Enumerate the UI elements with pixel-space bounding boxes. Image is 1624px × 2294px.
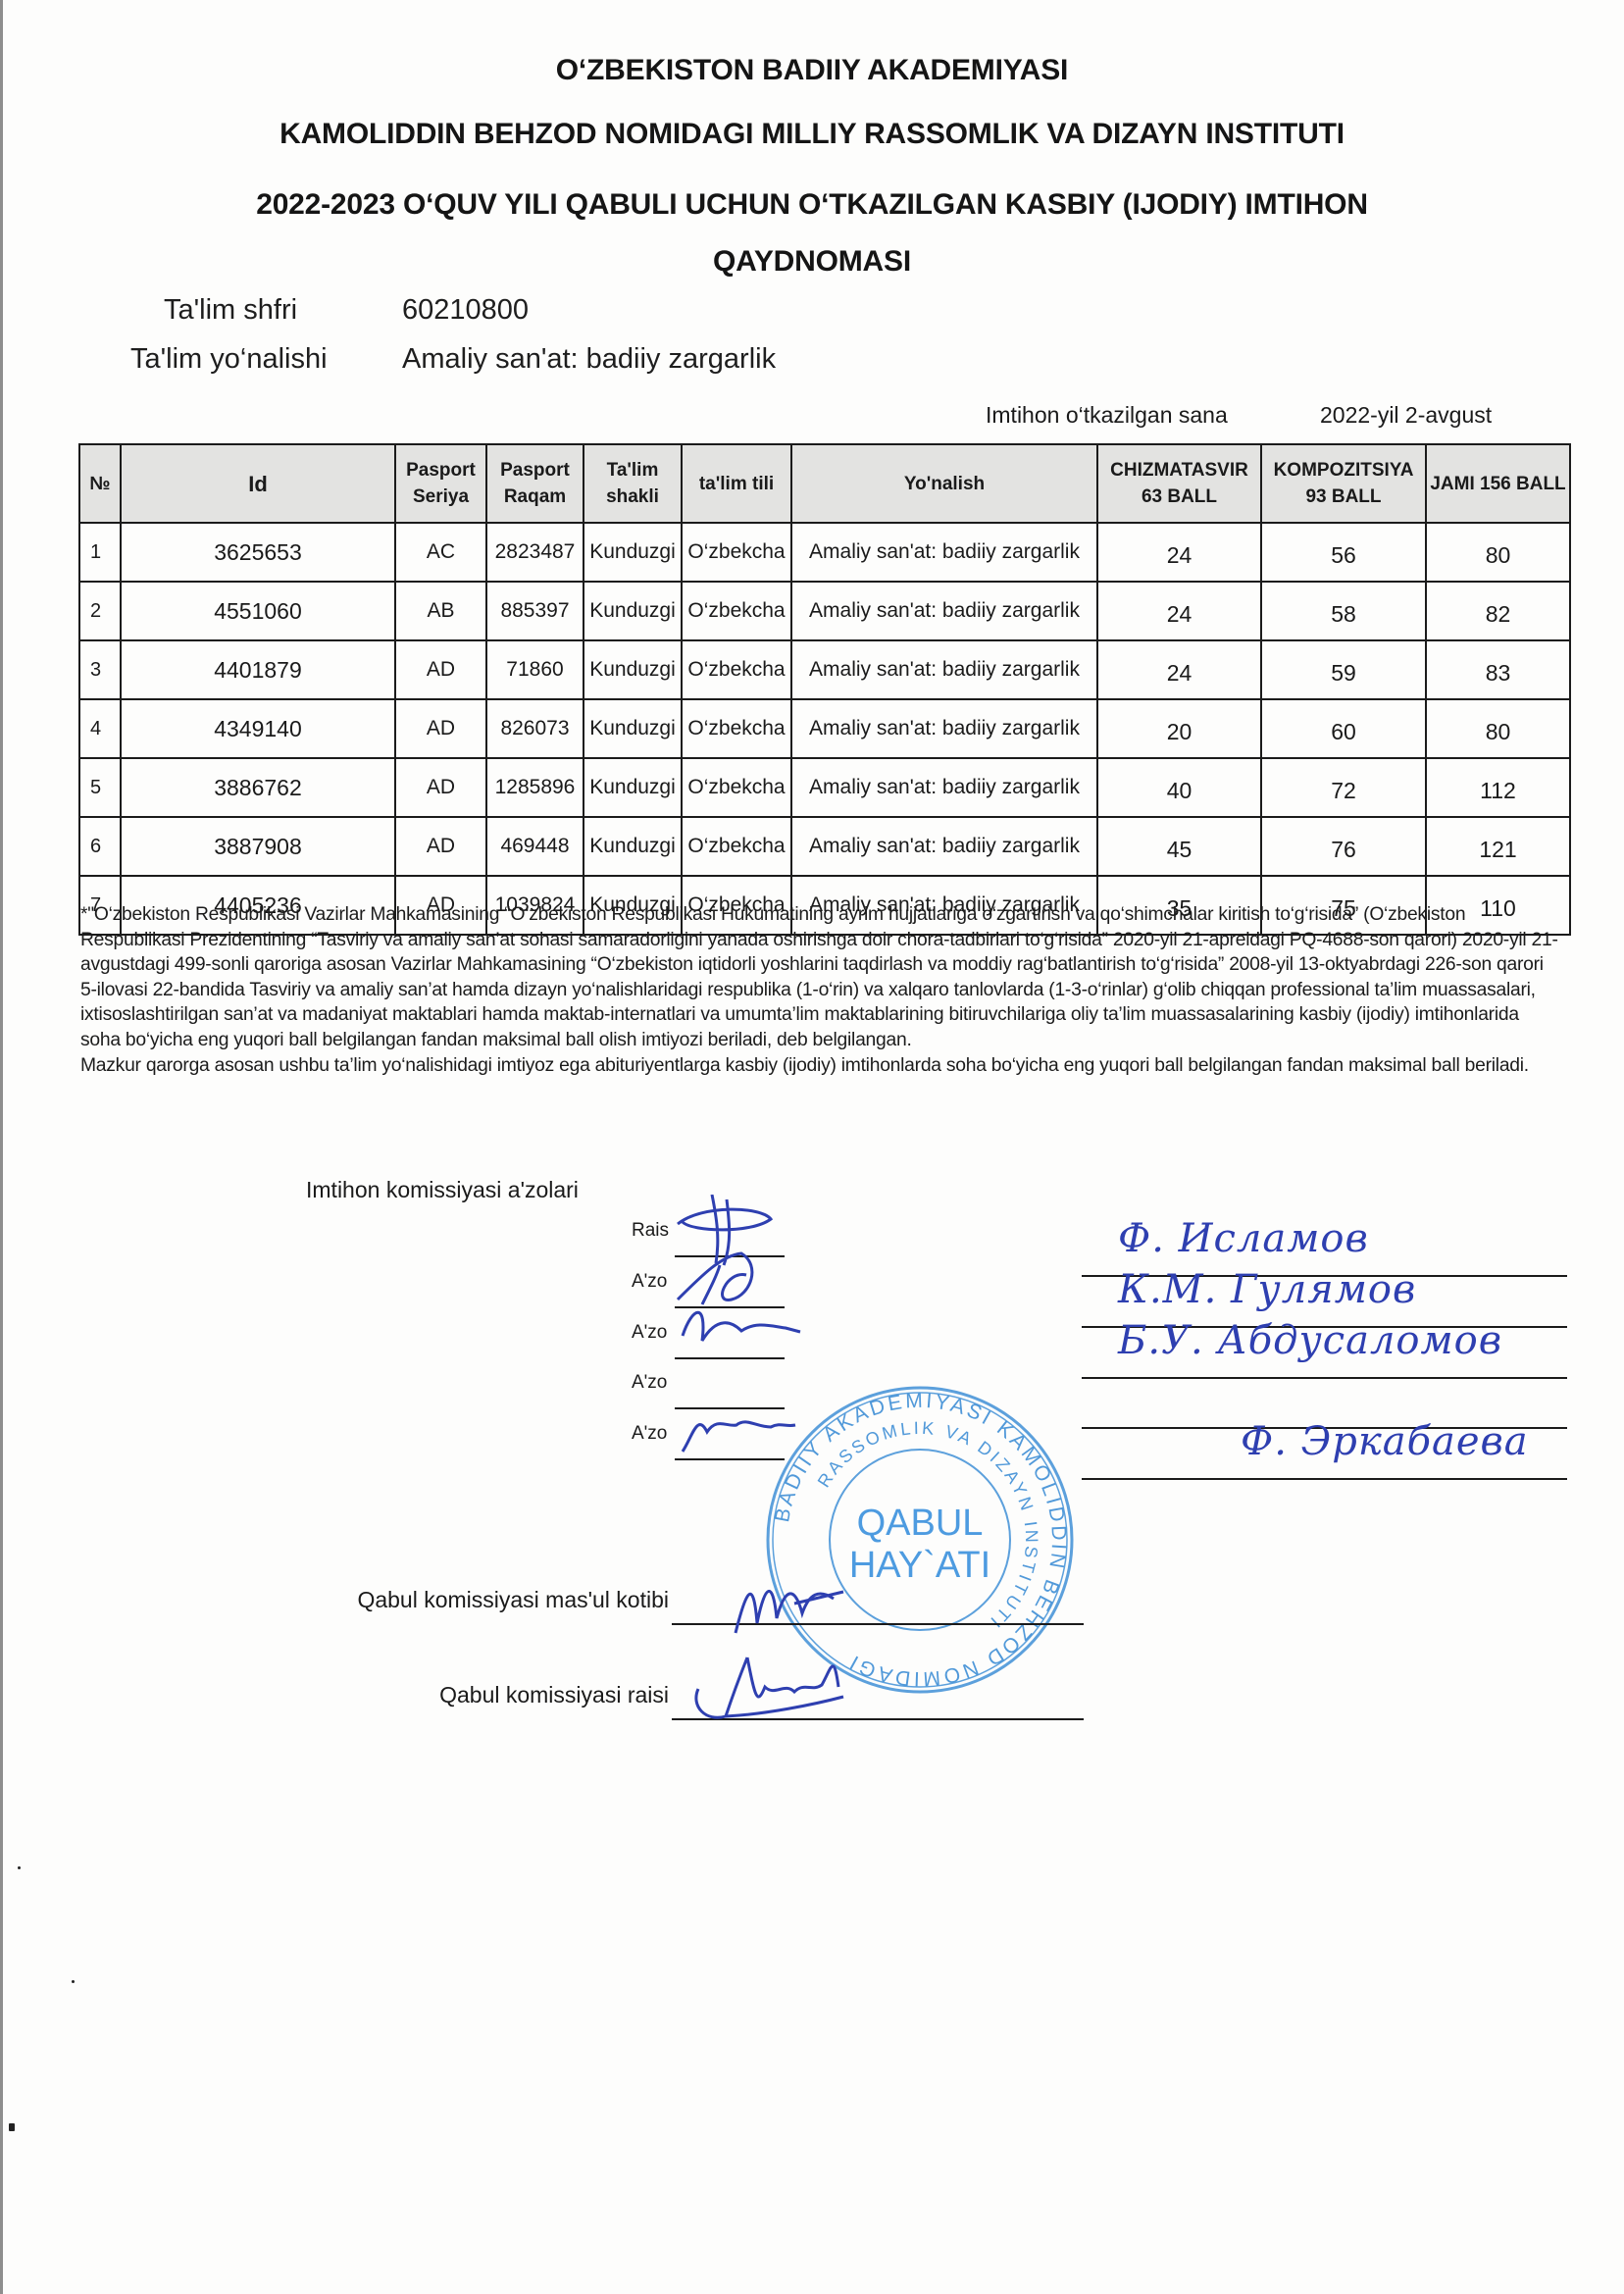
- education-direction-label: Ta'lim yo‘nalishi: [130, 343, 328, 376]
- row-number-cell: 6: [79, 817, 121, 876]
- member-signature: [673, 1297, 810, 1375]
- commission-role-label: A'zo: [632, 1372, 667, 1394]
- table-row: 44349140AD826073KunduzgiO‘zbekchaAmaliy …: [79, 699, 1570, 758]
- footnote-paragraph-2: Mazkur qarorga asosan ushbu ta’lim yo‘na…: [80, 1053, 1561, 1079]
- scan-speck: [18, 1866, 21, 1869]
- member-handwritten-name: Ф. Исламов: [1118, 1216, 1369, 1261]
- table-row: 24551060AB885397KunduzgiO‘zbekchaAmaliy …: [79, 582, 1570, 640]
- drawing-score-cell: 24: [1097, 640, 1261, 699]
- table-row: 63887908AD469448KunduzgiO‘zbekchaAmaliy …: [79, 817, 1570, 876]
- drawing-score-cell: 40: [1097, 758, 1261, 817]
- composition-score-cell: 76: [1261, 817, 1426, 876]
- table-header-row: № Id Pasport Seriya Pasport Raqam Ta'lim…: [79, 444, 1570, 523]
- row-number-cell: 3: [79, 640, 121, 699]
- col-study-form: Ta'lim shakli: [584, 444, 682, 523]
- drawing-score-cell: 24: [1097, 523, 1261, 582]
- total-score-cell: 82: [1426, 582, 1570, 640]
- row-number-cell: 4: [79, 699, 121, 758]
- direction-cell: Amaliy san'at: badiiy zargarlik: [791, 758, 1097, 817]
- passport-number-cell: 885397: [486, 582, 584, 640]
- col-id: Id: [121, 444, 395, 523]
- table-row: 13625653AC2823487KunduzgiO‘zbekchaAmaliy…: [79, 523, 1570, 582]
- direction-cell: Amaliy san'at: badiiy zargarlik: [791, 699, 1097, 758]
- total-score-cell: 80: [1426, 523, 1570, 582]
- composition-score-cell: 56: [1261, 523, 1426, 582]
- applicant-id-cell: 4551060: [121, 582, 395, 640]
- row-number-cell: 5: [79, 758, 121, 817]
- commission-role-label: A'zo: [632, 1322, 667, 1344]
- chair-label: Qabul komissiyasi raisi: [257, 1682, 669, 1708]
- passport-number-cell: 826073: [486, 699, 584, 758]
- commission-role-label: Rais: [632, 1220, 669, 1242]
- applicant-id-cell: 4349140: [121, 699, 395, 758]
- study-form-cell: Kunduzgi: [584, 582, 682, 640]
- direction-cell: Amaliy san'at: badiiy zargarlik: [791, 640, 1097, 699]
- study-language-cell: O‘zbekcha: [682, 817, 791, 876]
- study-language-cell: O‘zbekcha: [682, 523, 791, 582]
- study-language-cell: O‘zbekcha: [682, 640, 791, 699]
- row-number-cell: 1: [79, 523, 121, 582]
- composition-score-cell: 72: [1261, 758, 1426, 817]
- scan-speck: [9, 2123, 15, 2131]
- total-score-cell: 80: [1426, 699, 1570, 758]
- secretary-label: Qabul komissiyasi mas'ul kotibi: [257, 1587, 669, 1613]
- study-language-cell: O‘zbekcha: [682, 758, 791, 817]
- total-score-cell: 121: [1426, 817, 1570, 876]
- member-handwritten-name: К.М. Гулямов: [1118, 1267, 1416, 1312]
- study-form-cell: Kunduzgi: [584, 817, 682, 876]
- drawing-score-cell: 45: [1097, 817, 1261, 876]
- applicant-id-cell: 3625653: [121, 523, 395, 582]
- applicant-id-cell: 3887908: [121, 817, 395, 876]
- commission-title: Imtihon komissiyasi a'zolari: [306, 1177, 579, 1203]
- drawing-score-cell: 24: [1097, 582, 1261, 640]
- composition-score-cell: 60: [1261, 699, 1426, 758]
- col-passport-series: Pasport Seriya: [395, 444, 486, 523]
- col-drawing-score: CHIZMATASVIR 63 BALL: [1097, 444, 1261, 523]
- scan-edge: [0, 0, 3, 2294]
- scan-speck: [72, 1980, 75, 1983]
- commission-role-label: A'zo: [632, 1423, 667, 1445]
- applicant-id-cell: 3886762: [121, 758, 395, 817]
- study-form-cell: Kunduzgi: [584, 758, 682, 817]
- member-handwritten-name: Ф. Эркабаева: [1241, 1419, 1529, 1464]
- education-code-label: Ta'lim shfri: [164, 294, 297, 327]
- chair-signature: [686, 1628, 883, 1726]
- total-score-cell: 83: [1426, 640, 1570, 699]
- col-number: №: [79, 444, 121, 523]
- col-total-score: JAMI 156 BALL: [1426, 444, 1570, 523]
- drawing-score-cell: 20: [1097, 699, 1261, 758]
- passport-number-cell: 469448: [486, 817, 584, 876]
- col-passport-number: Pasport Raqam: [486, 444, 584, 523]
- passport-series-cell: AC: [395, 523, 486, 582]
- row-number-cell: 2: [79, 582, 121, 640]
- direction-cell: Amaliy san'at: badiiy zargarlik: [791, 582, 1097, 640]
- study-form-cell: Kunduzgi: [584, 640, 682, 699]
- composition-score-cell: 59: [1261, 640, 1426, 699]
- direction-cell: Amaliy san'at: badiiy zargarlik: [791, 523, 1097, 582]
- commission-role-label: A'zo: [632, 1271, 667, 1293]
- passport-number-cell: 2823487: [486, 523, 584, 582]
- document-title-cont: QAYDNOMASI: [0, 245, 1624, 279]
- study-language-cell: O‘zbekcha: [682, 699, 791, 758]
- passport-series-cell: AD: [395, 758, 486, 817]
- results-table: № Id Pasport Seriya Pasport Raqam Ta'lim…: [78, 443, 1571, 936]
- col-direction: Yo'nalish: [791, 444, 1097, 523]
- member-name-line: [1082, 1478, 1567, 1480]
- passport-series-cell: AD: [395, 699, 486, 758]
- applicant-id-cell: 4401879: [121, 640, 395, 699]
- document-title: 2022-2023 O‘QUV YILI QABULI UCHUN O‘TKAZ…: [0, 188, 1624, 222]
- footnote-paragraph-1: *"O‘zbekiston Respublikasi Vazirlar Mahk…: [80, 902, 1561, 1053]
- passport-number-cell: 71860: [486, 640, 584, 699]
- institute-title: KAMOLIDDIN BEHZOD NOMIDAGI MILLIY RASSOM…: [0, 118, 1624, 151]
- col-study-language: ta'lim tili: [682, 444, 791, 523]
- legal-footnote: *"O‘zbekiston Respublikasi Vazirlar Mahk…: [80, 902, 1561, 1078]
- total-score-cell: 112: [1426, 758, 1570, 817]
- education-direction-value: Amaliy san'at: badiiy zargarlik: [402, 343, 776, 376]
- col-composition-score: KOMPOZITSIYA 93 BALL: [1261, 444, 1426, 523]
- academy-title: O‘ZBEKISTON BADIIY AKADEMIYASI: [0, 54, 1624, 87]
- composition-score-cell: 58: [1261, 582, 1426, 640]
- study-form-cell: Kunduzgi: [584, 523, 682, 582]
- study-form-cell: Kunduzgi: [584, 699, 682, 758]
- exam-date-value: 2022-yil 2-avgust: [1320, 402, 1492, 429]
- passport-series-cell: AD: [395, 817, 486, 876]
- table-row: 34401879AD71860KunduzgiO‘zbekchaAmaliy s…: [79, 640, 1570, 699]
- study-language-cell: O‘zbekcha: [682, 582, 791, 640]
- table-row: 53886762AD1285896KunduzgiO‘zbekchaAmaliy…: [79, 758, 1570, 817]
- passport-number-cell: 1285896: [486, 758, 584, 817]
- education-code-value: 60210800: [402, 294, 529, 327]
- direction-cell: Amaliy san'at: badiiy zargarlik: [791, 817, 1097, 876]
- stamp-center-line2: HAY`ATI: [849, 1545, 990, 1586]
- stamp-center-line1: QABUL: [857, 1503, 984, 1544]
- exam-date-label: Imtihon o‘tkazilgan sana: [986, 402, 1228, 429]
- member-name-line: [1082, 1377, 1567, 1379]
- passport-series-cell: AD: [395, 640, 486, 699]
- member-handwritten-name: Б.У. Абдусаломов: [1118, 1318, 1502, 1363]
- passport-series-cell: AB: [395, 582, 486, 640]
